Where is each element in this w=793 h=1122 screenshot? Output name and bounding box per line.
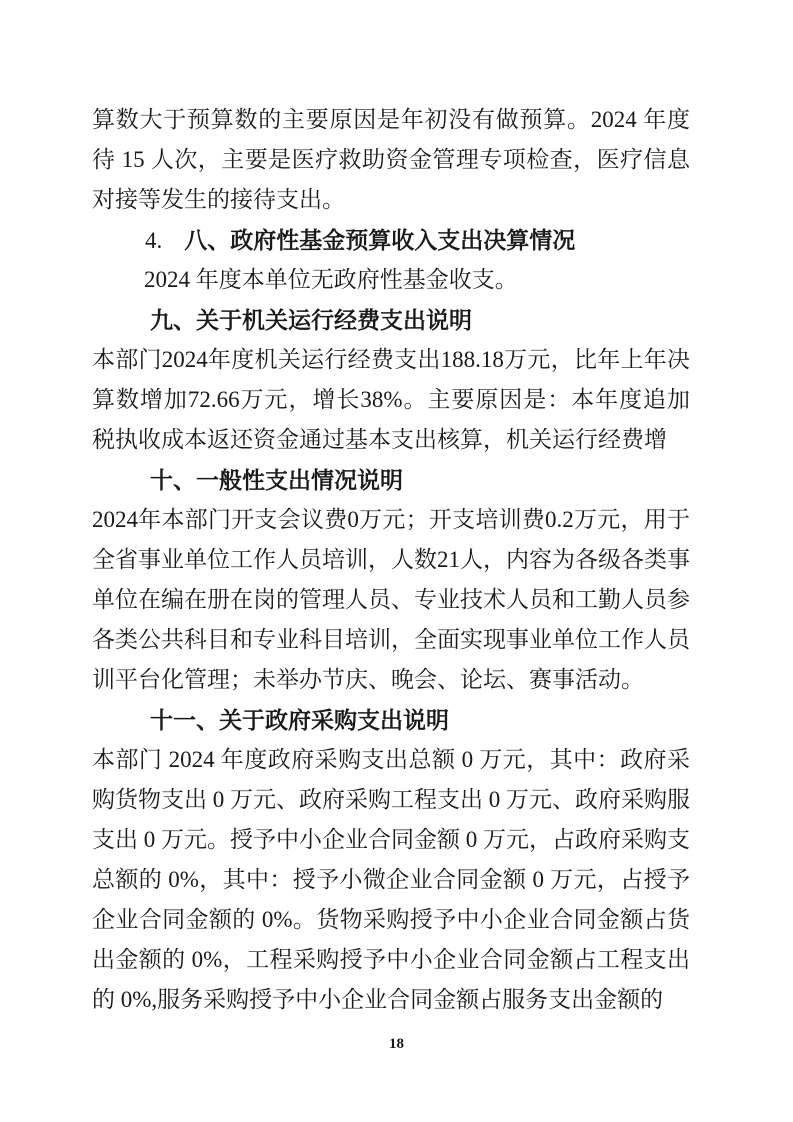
text-line: 对接等发生的接待支出。 — [92, 180, 690, 220]
text-line: 训平台化管理；未举办节庆、晚会、论坛、赛事活动。 — [92, 660, 690, 700]
text-line: 购货物支出 0 万元、政府采购工程支出 0 万元、政府采购服务 — [92, 780, 690, 820]
document-page: 算数大于预算数的主要原因是年初没有做预算。2024 年度共接 待 15 人次，主… — [0, 0, 793, 1122]
section-heading-11: 十一、关于政府采购支出说明 — [92, 700, 690, 740]
section-heading-text: 九、关于机关运行经费支出说明 — [150, 307, 472, 333]
text-line: 各类公共科目和专业科目培训，全面实现事业单位工作人员培 — [92, 620, 690, 660]
text-line: 本部门2024年度机关运行经费支出188.18万元，比年上年决 — [92, 340, 690, 380]
text-line: 总额的 0%，其中：授予小微企业合同金额 0 万元，占授予中小 — [92, 860, 690, 900]
page-number: 18 — [0, 1036, 793, 1053]
text-line: 出金额的 0%，工程采购授予中小企业合同金额占工程支出金额 — [92, 940, 690, 980]
text-line: 的 0%,服务采购授予中小企业合同金额占服务支出金额的 0%。 — [92, 980, 690, 1020]
text-line: 2024 年度本单位无政府性基金收支。 — [92, 260, 690, 300]
section-heading-text: 十一、关于政府采购支出说明 — [150, 707, 449, 733]
section-heading-10: 十、一般性支出情况说明 — [92, 460, 690, 500]
text-line: 全省事业单位工作人员培训，人数21人，内容为各级各类事业 — [92, 540, 690, 580]
section-heading-text: 十、一般性支出情况说明 — [150, 467, 403, 493]
section-heading-8: 4.八、政府性基金预算收入支出决算情况 — [92, 220, 690, 260]
text-line: 算数增加72.66万元，增长38%。主要原因是：本年度追加的非 — [92, 380, 690, 420]
text-line: 单位在编在册在岗的管理人员、专业技术人员和工勤人员参加 — [92, 580, 690, 620]
list-number: 4. — [145, 228, 162, 253]
text-line: 企业合同金额的 0%。货物采购授予中小企业合同金额占货物支 — [92, 900, 690, 940]
text-line: 算数大于预算数的主要原因是年初没有做预算。2024 年度共接 — [92, 100, 690, 140]
text-line: 本部门 2024 年度政府采购支出总额 0 万元，其中：政府采 — [92, 740, 690, 780]
text-line: 税执收成本返还资金通过基本支出核算，机关运行经费增加。 — [92, 420, 690, 460]
text-line: 待 15 人次，主要是医疗救助资金管理专项检查，医疗信息系统 — [92, 140, 690, 180]
document-body: 算数大于预算数的主要原因是年初没有做预算。2024 年度共接 待 15 人次，主… — [92, 100, 690, 1020]
section-heading-text: 八、政府性基金预算收入支出决算情况 — [184, 227, 575, 253]
text-line: 支出 0 万元。授予中小企业合同金额 0 万元，占政府采购支出 — [92, 820, 690, 860]
text-line: 2024年本部门开支会议费0万元；开支培训费0.2万元，用于 — [92, 500, 690, 540]
section-heading-9: 九、关于机关运行经费支出说明 — [92, 300, 690, 340]
